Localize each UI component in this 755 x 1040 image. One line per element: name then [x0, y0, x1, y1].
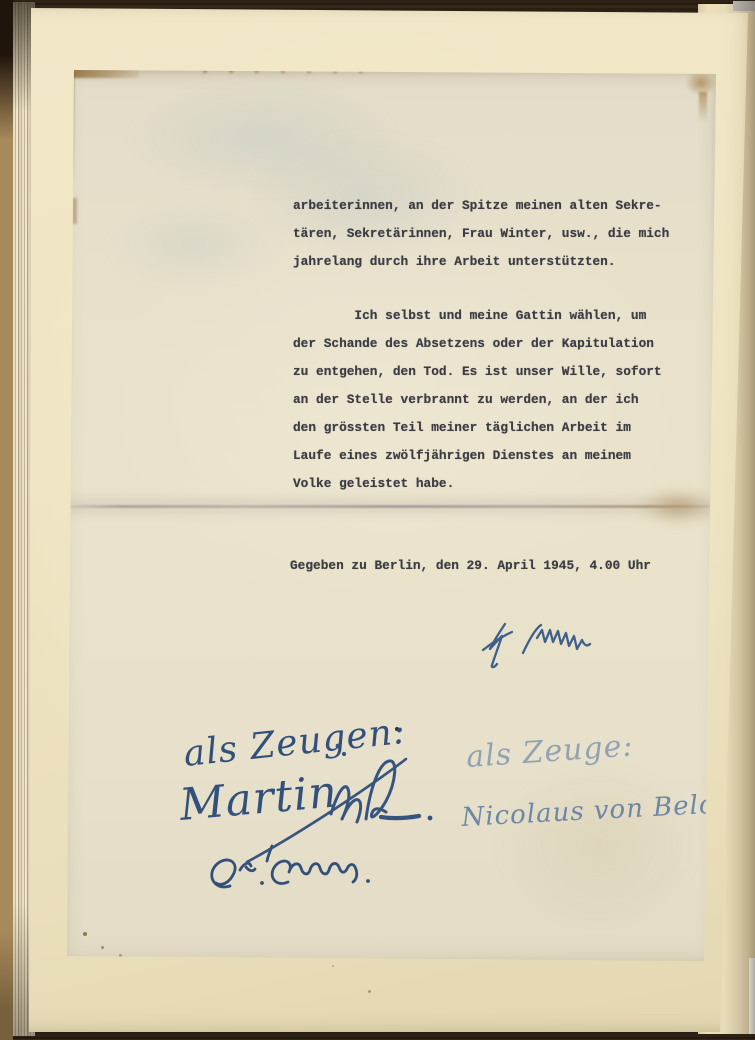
typed-testament-sheet: arbeiterinnen, an der Spitze meinen alte… — [63, 70, 717, 962]
scrawl-d-loop — [212, 860, 235, 887]
ink-dot — [342, 752, 346, 756]
ink-signatures-layer: als Zeugen: Martin als Ze — [63, 70, 717, 962]
scrawl-period — [260, 881, 264, 885]
scrawl-full-stop — [428, 816, 433, 821]
book-cover-edge — [0, 0, 13, 1040]
foxing-speck — [332, 965, 334, 967]
main-signature-zigzag — [537, 630, 590, 649]
witness-name-right-text: Nicolaus von Below. — [460, 788, 717, 833]
scrawl-period — [366, 879, 370, 883]
witness-heading-left-text: als Zeugen: — [182, 711, 408, 775]
witness-heading-right-text: als Zeuge: — [465, 728, 634, 775]
main-signature-scrawl — [483, 624, 590, 667]
ink-dot — [336, 744, 341, 749]
second-witness-signature-scrawl — [212, 846, 370, 887]
right-bottom-edge-sliver — [749, 958, 755, 1034]
scrawl-tail-stroke — [381, 816, 419, 818]
foxing-speck — [368, 990, 371, 993]
main-signature-upstroke — [523, 625, 541, 653]
main-signature-initial — [490, 624, 505, 667]
scrawl-surname-waves — [272, 861, 357, 883]
archival-photo-of-document-page: arbeiterinnen, an der Spitze meinen alte… — [0, 0, 755, 1040]
right-top-edge-sliver — [733, 1, 755, 11]
scrawl-r — [240, 863, 255, 871]
